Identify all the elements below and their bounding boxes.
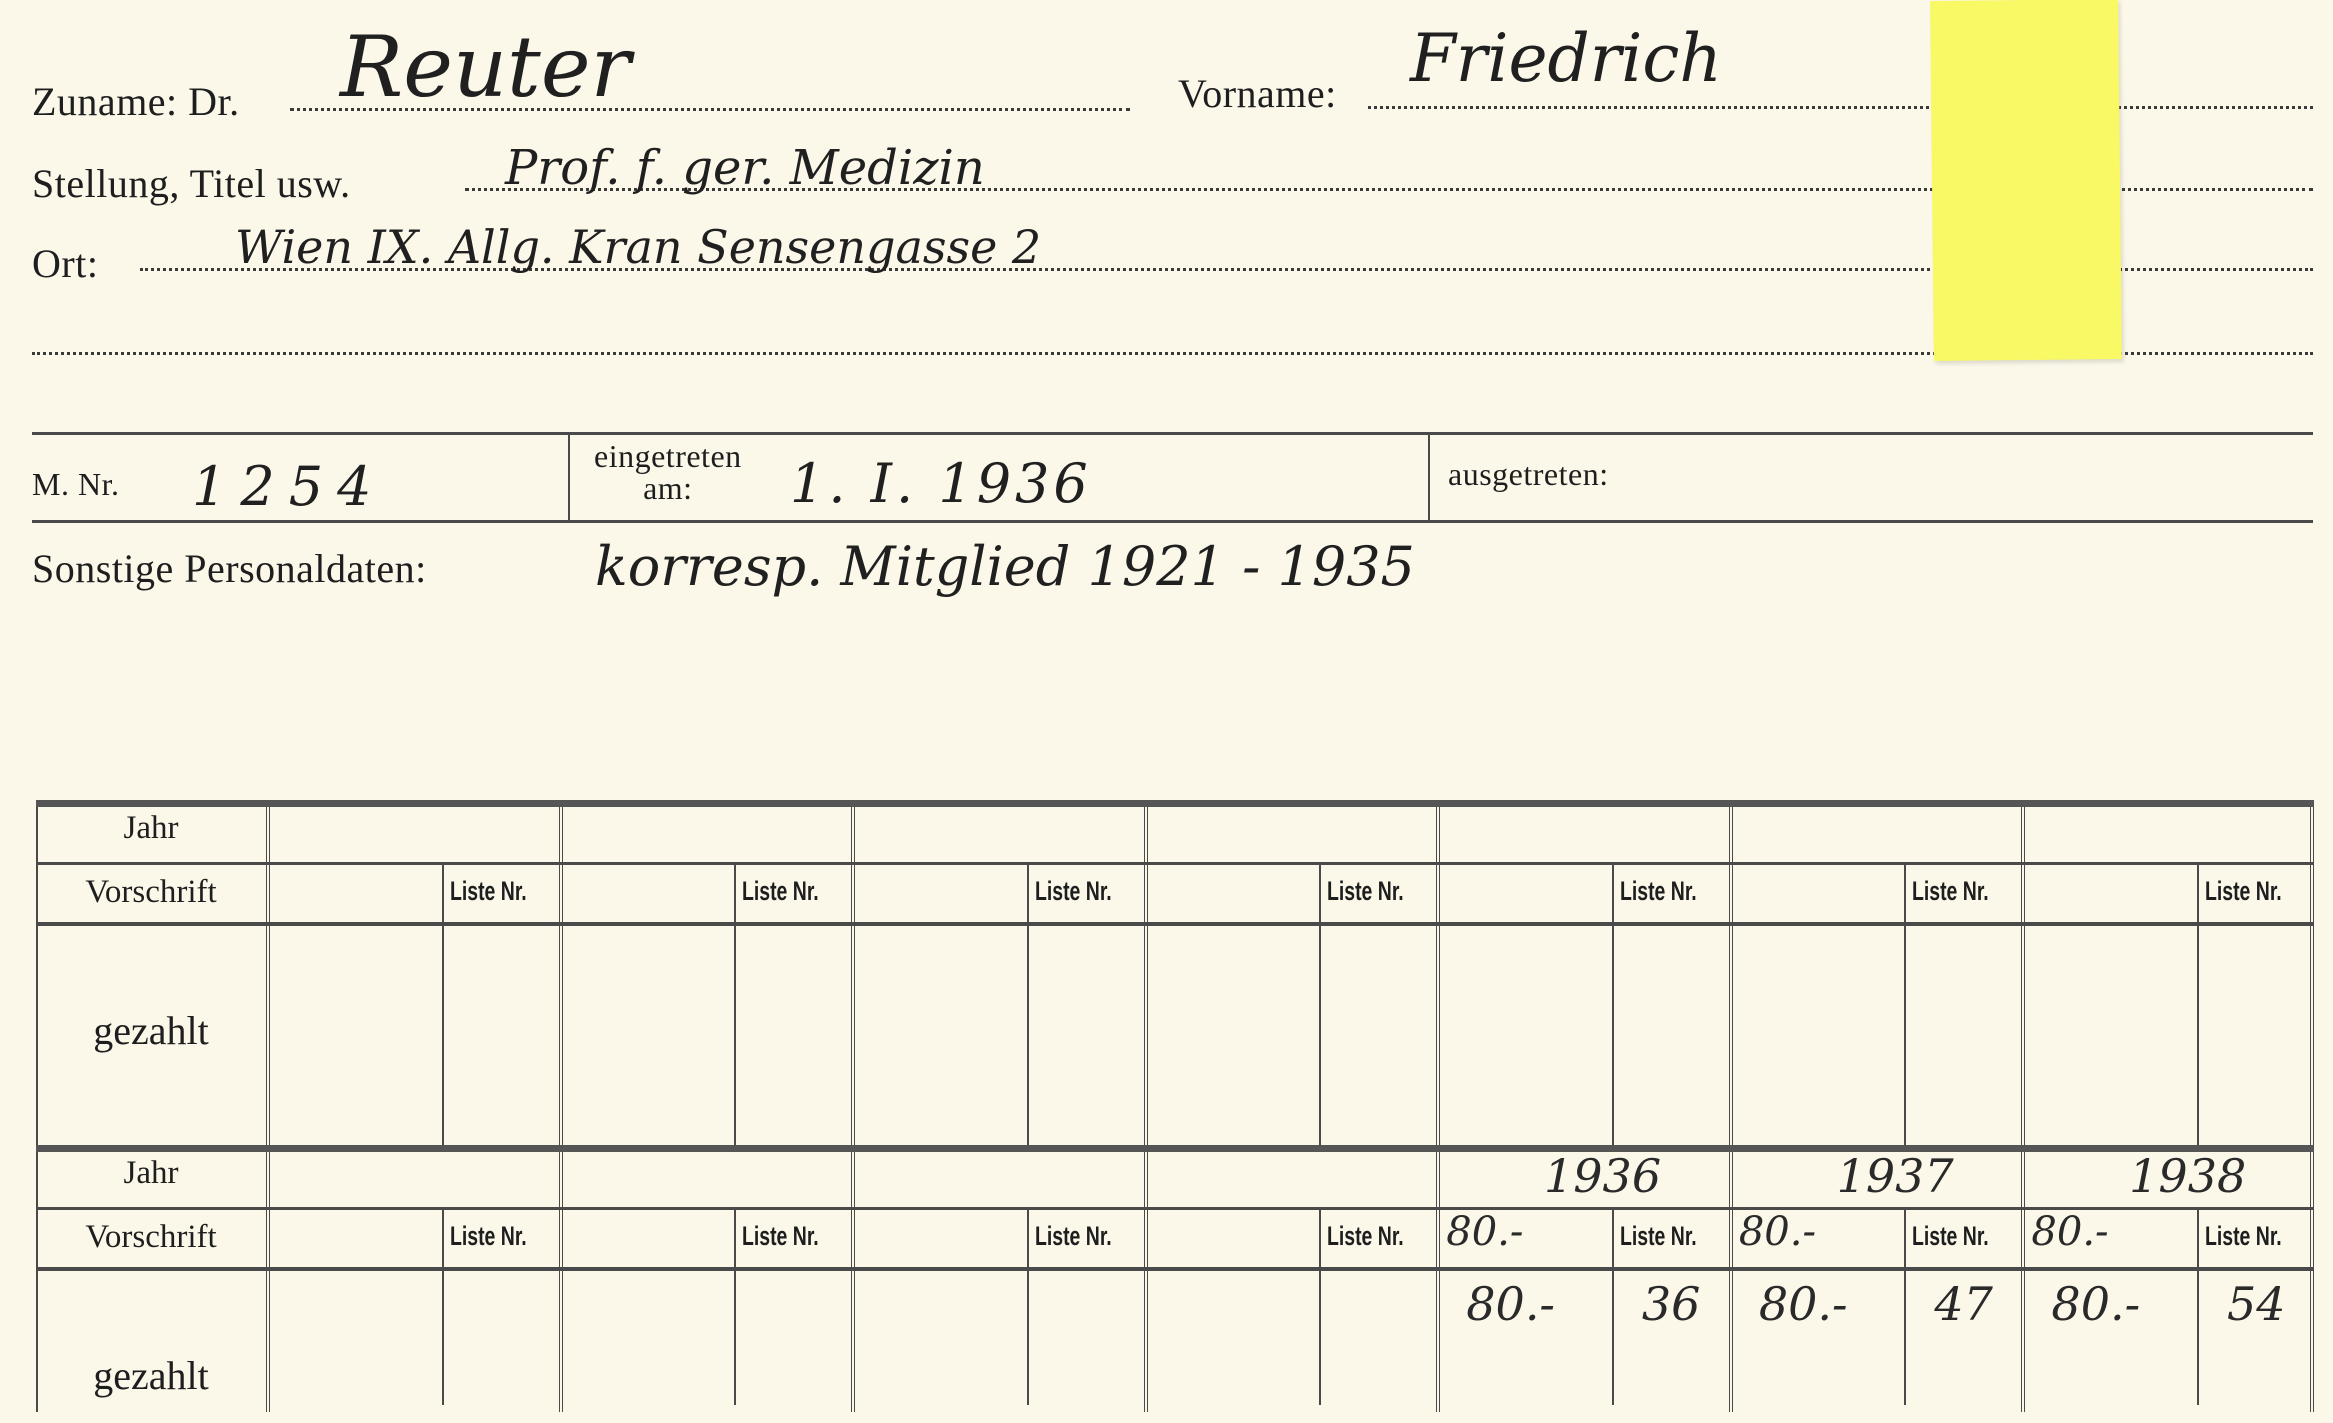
year-column-divider [2021,1152,2025,1412]
gezahlt-label: gezahlt [36,1007,266,1054]
zuname-label: Zuname: Dr. [32,78,240,125]
liste-cell[interactable]: 54 [2227,1277,2286,1331]
liste-column-divider [1904,1207,1906,1405]
table-right-edge [2310,807,2314,1152]
sticky-note [1930,0,2122,361]
vorname-value[interactable]: Friedrich [1410,20,1722,97]
year-column-divider [851,1152,855,1412]
liste-nr-label: Liste Nr. [450,1221,527,1252]
jahr-label: Jahr [36,1155,266,1192]
liste-column-divider [1904,862,1906,1145]
zuname-value[interactable]: Reuter [340,18,631,116]
vorschrift-label: Vorschrift [36,1219,266,1256]
liste-column-divider [1612,862,1614,1145]
personaldaten-value[interactable]: korresp. Mitglied 1921 - 1935 [595,535,1415,598]
year-column-divider [1729,807,1733,1152]
vorname-line [1368,106,2313,109]
mnr-label: M. Nr. [32,466,119,503]
liste-nr-label: Liste Nr. [1912,876,1989,907]
gezahlt-cell[interactable]: 80.- [1466,1277,1555,1331]
year-column-divider [1144,1152,1148,1412]
liste-nr-label: Liste Nr. [450,876,527,907]
vorschrift-row-rule [36,1267,2314,1271]
year-column-divider [559,807,563,1152]
membership-divider-1 [568,432,570,522]
vorschrift-row-rule [36,922,2314,926]
vorschrift-cell[interactable]: 80.- [2031,1209,2108,1255]
liste-column-divider [1027,1207,1029,1405]
year-cell[interactable]: 1937 [1789,1149,2002,1203]
membership-bottom-rule [32,520,2313,523]
year-column-divider [1729,1152,1733,1412]
year-cell[interactable]: 1936 [1496,1149,1709,1203]
block-top-rule [36,800,2314,807]
year-column-divider [1436,1152,1440,1412]
table-left-edge [36,807,38,1152]
liste-cell[interactable]: 36 [1642,1277,1701,1331]
liste-nr-label: Liste Nr. [1912,1221,1989,1252]
liste-nr-label: Liste Nr. [742,1221,819,1252]
vorschrift-label: Vorschrift [36,874,266,911]
liste-column-divider [1319,1207,1321,1405]
eingetreten-label: eingetreten am: [594,440,742,504]
year-column-divider [266,1152,270,1412]
liste-nr-label: Liste Nr. [1035,1221,1112,1252]
jahr-row-rule [36,1207,2314,1210]
ort-value[interactable]: Wien IX. Allg. Kran Sensengasse 2 [235,220,1041,274]
eingetreten-label-line2: am: [594,472,742,504]
vorschrift-cell[interactable]: 80.- [1446,1209,1523,1255]
liste-nr-label: Liste Nr. [2205,876,2282,907]
personaldaten-label: Sonstige Personaldaten: [32,545,427,592]
liste-nr-label: Liste Nr. [1327,1221,1404,1252]
vorschrift-cell[interactable]: 80.- [1739,1209,1816,1255]
year-column-divider [2021,807,2025,1152]
gezahlt-label: gezahlt [36,1352,266,1399]
liste-column-divider [442,862,444,1145]
liste-column-divider [1612,1207,1614,1405]
table-right-edge [2310,1152,2314,1412]
gezahlt-cell[interactable]: 80.- [1759,1277,1848,1331]
ausgetreten-label: ausgetreten: [1448,456,1609,493]
year-column-divider [559,1152,563,1412]
liste-nr-label: Liste Nr. [2205,1221,2282,1252]
liste-column-divider [734,862,736,1145]
ort-label: Ort: [32,240,98,287]
gezahlt-cell[interactable]: 80.- [2051,1277,2140,1331]
membership-top-rule [32,432,2313,435]
liste-column-divider [1319,862,1321,1145]
mnr-value[interactable]: 1254 [192,455,385,518]
jahr-row-rule [36,862,2314,865]
liste-column-divider [1027,862,1029,1145]
liste-nr-label: Liste Nr. [1327,876,1404,907]
liste-cell[interactable]: 47 [1934,1277,1993,1331]
liste-column-divider [2197,862,2199,1145]
membership-divider-2 [1428,432,1430,522]
liste-nr-label: Liste Nr. [1035,876,1112,907]
year-column-divider [266,807,270,1152]
liste-column-divider [734,1207,736,1405]
vorname-label: Vorname: [1178,70,1337,117]
liste-column-divider [442,1207,444,1405]
table-left-edge [36,1152,38,1412]
stellung-value[interactable]: Prof. f. ger. Medizin [505,140,985,196]
year-column-divider [1436,807,1440,1152]
jahr-label: Jahr [36,810,266,847]
year-cell[interactable]: 1938 [2081,1149,2294,1203]
liste-nr-label: Liste Nr. [742,876,819,907]
year-column-divider [1144,807,1148,1152]
stellung-label: Stellung, Titel usw. [32,160,351,207]
liste-nr-label: Liste Nr. [1620,1221,1697,1252]
eingetreten-label-line1: eingetreten [594,440,742,472]
eingetreten-value[interactable]: 1. I. 1936 [790,452,1092,515]
liste-nr-label: Liste Nr. [1620,876,1697,907]
liste-column-divider [2197,1207,2199,1405]
year-column-divider [851,807,855,1152]
